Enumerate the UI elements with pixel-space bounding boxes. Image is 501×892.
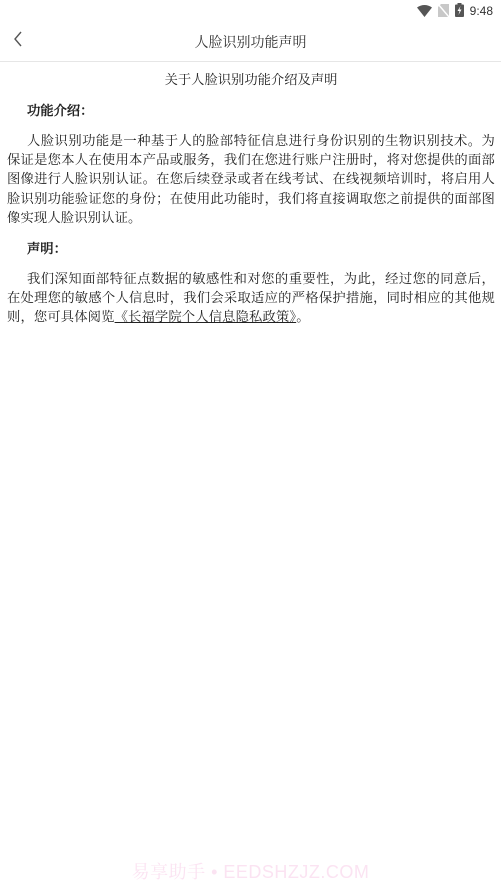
document-content: 关于人脸识别功能介绍及声明 功能介绍： 人脸识别功能是一种基于人的脸部特征信息进… [7, 62, 495, 328]
status-icons: 9:48 [417, 3, 493, 19]
battery-charging-icon [455, 2, 464, 21]
section-heading-intro: 功能介绍： [7, 102, 495, 121]
app-bar: 人脸识别功能声明 [0, 22, 501, 62]
no-sim-icon [438, 2, 449, 21]
watermark: 易享助手 • EEDSHZJZ.COM [0, 858, 501, 884]
section-heading-statement: 声明： [7, 240, 495, 259]
statement-text-end: 。 [296, 310, 309, 325]
status-bar: 9:48 [0, 0, 501, 22]
status-time: 9:48 [470, 4, 493, 18]
wifi-icon [417, 2, 432, 21]
section-paragraph-intro: 人脸识别功能是一种基于人的脸部特征信息进行身份识别的生物识别技术。为保证是您本人… [7, 132, 495, 228]
page-title: 人脸识别功能声明 [0, 32, 501, 52]
section-paragraph-statement: 我们深知面部特征点数据的敏感性和对您的重要性，为此，经过您的同意后，在处理您的敏… [7, 270, 495, 328]
document-title: 关于人脸识别功能介绍及声明 [7, 71, 495, 90]
privacy-policy-link[interactable]: 《长福学院个人信息隐私政策》 [115, 310, 297, 325]
